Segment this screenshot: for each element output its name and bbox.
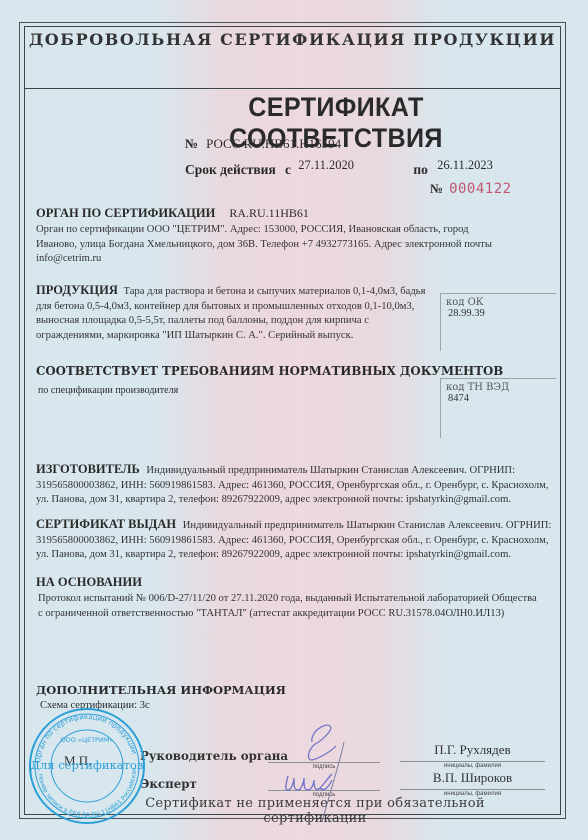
number-symbol: № xyxy=(185,136,198,151)
validity-row: Срок действия с 27.11.2020 по 26.11.2023 xyxy=(185,162,493,178)
product-heading: ПРОДУКЦИЯ xyxy=(36,283,118,297)
ok-code-value: 28.99.39 xyxy=(448,308,556,319)
conformity-description: по спецификации производителя xyxy=(38,385,178,396)
expert-label: Эксперт xyxy=(140,777,197,791)
certification-body-heading: ОРГАН ПО СЕРТИФИКАЦИИ xyxy=(36,206,215,220)
certification-body-description: Орган по сертификации ООО "ЦЕТРИМ". Адре… xyxy=(36,223,506,267)
product-section: ПРОДУКЦИЯ Тара для раствора и бетона и с… xyxy=(36,283,434,343)
tnved-code-label: код ТН ВЭД xyxy=(446,382,556,393)
basis-heading: НА ОСНОВАНИИ xyxy=(36,575,142,590)
certification-body-heading-row: ОРГАН ПО СЕРТИФИКАЦИИ RA.RU.11НВ61 xyxy=(36,204,556,222)
valid-to-date: 26.11.2023 xyxy=(437,158,493,172)
basis-description: Протокол испытаний № 006/D-27/11/20 от 2… xyxy=(38,592,538,621)
expert-name: В.П. Широков xyxy=(400,770,545,786)
conformity-heading: СООТВЕТСТВУЕТ ТРЕБОВАНИЯМ НОРМАТИВНЫХ ДО… xyxy=(36,364,503,378)
registration-number-row: №РОСС RU.НВ61.Н16594 xyxy=(185,136,341,152)
expert-name-line xyxy=(400,789,545,790)
certification-body-code: RA.RU.11НВ61 xyxy=(229,206,309,220)
issued-to-section: СЕРТИФИКАТ ВЫДАН Индивидуальный предприн… xyxy=(36,517,556,563)
disclaimer: Сертификат не применяется при обязательн… xyxy=(110,796,520,826)
head-name-line xyxy=(400,761,545,762)
ok-code-box: код ОК 28.99.39 xyxy=(440,293,556,351)
validity-label: Срок действия xyxy=(185,162,276,177)
additional-info-heading: ДОПОЛНИТЕЛЬНАЯ ИНФОРМАЦИЯ xyxy=(36,683,286,697)
tnved-code-value: 8474 xyxy=(448,393,556,404)
head-name-caption: инициалы, фамилия xyxy=(400,763,545,769)
blank-number-row: №0004122 xyxy=(430,181,512,197)
blank-number-symbol: № xyxy=(430,181,443,196)
ok-code-label: код ОК xyxy=(446,297,556,308)
tnved-code-box: код ТН ВЭД 8474 xyxy=(440,378,556,438)
head-name: П.Г. Рухлядев xyxy=(400,742,545,758)
issued-to-heading: СЕРТИФИКАТ ВЫДАН xyxy=(36,517,176,531)
registration-number: РОСС RU.НВ61.Н16594 xyxy=(206,136,341,151)
expert-signature-icon xyxy=(280,770,350,798)
stamp-center-text: Для сертификатов xyxy=(31,758,144,772)
validity-to-label: по xyxy=(413,162,428,177)
stamp-org-text: ООО «ЦЕТРИМ» xyxy=(61,736,114,744)
valid-from-date: 27.11.2020 xyxy=(298,158,354,172)
voluntary-certification-header: ДОБРОВОЛЬНАЯ СЕРТИФИКАЦИЯ ПРОДУКЦИИ xyxy=(24,30,561,49)
validity-from-label: с xyxy=(285,162,291,177)
manufacturer-heading: ИЗГОТОВИТЕЛЬ xyxy=(36,462,140,476)
blank-number: 0004122 xyxy=(449,181,512,197)
head-of-body-label: Руководитель органа xyxy=(140,749,288,763)
header-divider xyxy=(24,88,561,89)
manufacturer-section: ИЗГОТОВИТЕЛЬ Индивидуальный предпринимат… xyxy=(36,462,556,508)
